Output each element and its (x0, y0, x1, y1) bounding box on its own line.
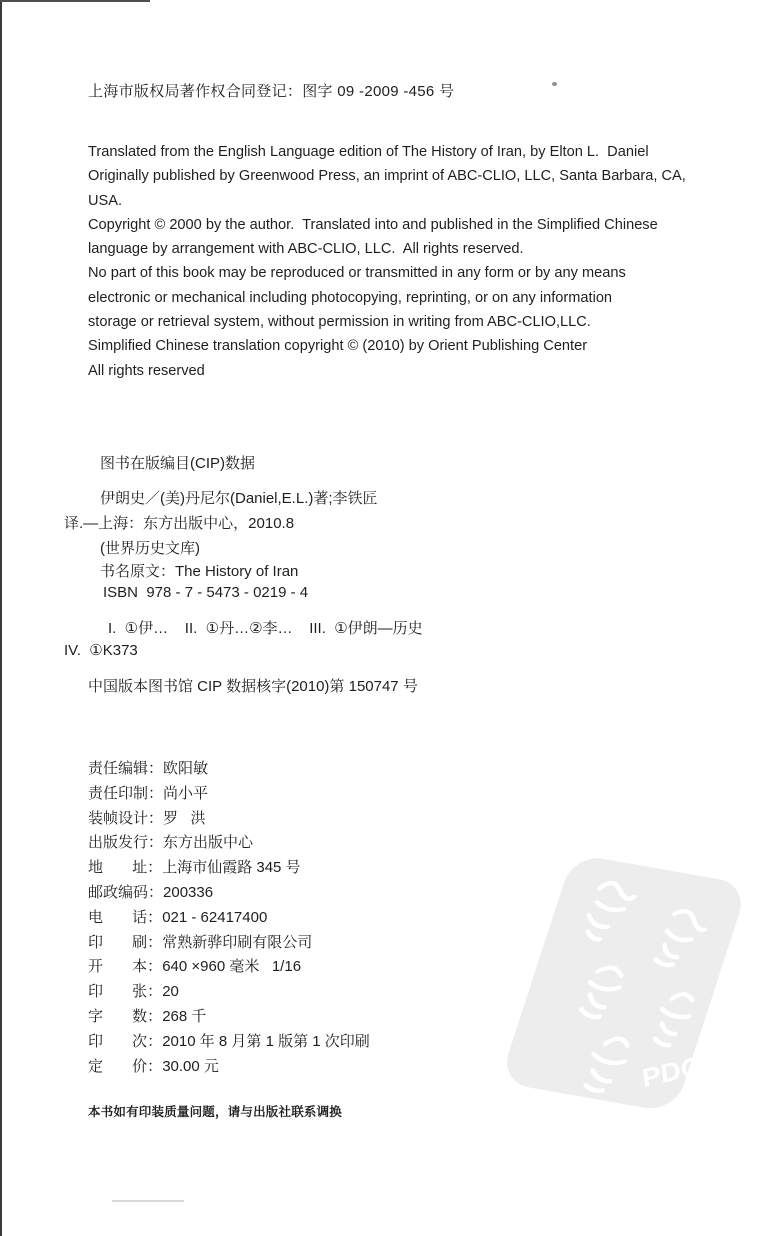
colophon-value: 罗 洪 (163, 810, 206, 827)
colophon-row: 邮政编码：200336 (88, 881, 370, 906)
colophon-label: 开 本： (88, 958, 162, 975)
cip-record-line: 中国版本图书馆 CIP 数据核字(2010)第 150747 号 (88, 675, 418, 696)
colophon-label: 电 话： (88, 909, 162, 926)
cip-classification-line-2: IV. ①K373 (64, 641, 138, 659)
scan-edge-left (0, 0, 2, 1236)
colophon-label: 邮政编码： (88, 884, 163, 901)
colophon-row: 开 本：640 ×960 毫米 1/16 (88, 955, 370, 980)
quality-note: 本书如有印装质量问题，请与出版社联系调换 (88, 1102, 342, 1120)
colophon-row: 印 次：2010 年 8 月第 1 版第 1 次印刷 (88, 1030, 370, 1055)
copyright-line: Copyright © 2000 by the author. Translat… (88, 213, 728, 237)
colophon-row: 出版发行：东方出版中心 (88, 831, 370, 856)
english-copyright-block: Translated from the English Language edi… (88, 140, 728, 383)
colophon-label: 字 数： (88, 1008, 162, 1025)
colophon-value: 欧阳敏 (163, 760, 208, 777)
colophon-row: 地 址：上海市仙霞路 345 号 (88, 856, 370, 881)
colophon-label: 责任编辑： (88, 760, 163, 777)
copyright-line: Originally published by Greenwood Press,… (88, 164, 728, 188)
copyright-line: No part of this book may be reproduced o… (88, 261, 728, 285)
pdg-watermark: PDG (498, 852, 770, 1124)
colophon-row: 印 刷：常熟新骅印刷有限公司 (88, 931, 370, 956)
colophon-block: 责任编辑：欧阳敏 责任印制：尚小平 装帧设计：罗 洪 出版发行：东方出版中心 地… (88, 757, 370, 1079)
colophon-row: 字 数：268 千 (88, 1005, 370, 1030)
colophon-value: 常熟新骅印刷有限公司 (162, 934, 312, 951)
colophon-row: 定 价：30.00 元 (88, 1055, 370, 1080)
cip-heading: 图书在版编目(CIP)数据 (100, 452, 255, 473)
cip-title-author-line: 伊朗史／(美)丹尼尔(Daniel,E.L.)著;李铁匠 (100, 487, 378, 508)
copyright-line: electronic or mechanical including photo… (88, 286, 728, 310)
colophon-value: 尚小平 (163, 785, 208, 802)
colophon-value: 640 ×960 毫米 1/16 (162, 958, 301, 975)
colophon-label: 印 刷： (88, 934, 162, 951)
colophon-value: 30.00 元 (162, 1058, 219, 1075)
colophon-label: 出版发行： (88, 834, 163, 851)
copyright-line: language by arrangement with ABC-CLIO, L… (88, 237, 728, 261)
colophon-label: 印 次： (88, 1033, 162, 1050)
cip-isbn-line: ISBN 978 - 7 - 5473 - 0219 - 4 (103, 584, 308, 601)
watermark-seal: PDG (498, 852, 770, 1124)
colophon-value: 东方出版中心 (163, 834, 253, 851)
cip-classification-line: I. ①伊… II. ①丹…②李… III. ①伊朗—历史 (108, 617, 423, 638)
scan-edge-top (0, 0, 150, 2)
colophon-label: 地 址： (88, 859, 162, 876)
colophon-row: 装帧设计：罗 洪 (88, 807, 370, 832)
scan-speck (552, 82, 557, 86)
copyright-line: Simplified Chinese translation copyright… (88, 334, 728, 358)
colophon-row: 电 话：021 - 62417400 (88, 906, 370, 931)
colophon-row: 责任编辑：欧阳敏 (88, 757, 370, 782)
cip-publisher-line: 译.—上海：东方出版中心，2010.8 (64, 512, 294, 533)
colophon-row: 责任印制：尚小平 (88, 782, 370, 807)
seal-background (499, 854, 749, 1113)
scan-faint-line (112, 1200, 184, 1202)
colophon-value: 2010 年 8 月第 1 版第 1 次印刷 (162, 1033, 370, 1050)
colophon-value: 268 千 (162, 1008, 206, 1025)
copyright-line: USA. (88, 189, 728, 213)
scanned-copyright-page: PDG 上海市版权局著作权合同登记：图字 09 -2009 -456 号 Tra… (0, 0, 775, 1236)
colophon-value: 021 - 62417400 (162, 909, 267, 926)
colophon-label: 定 价： (88, 1058, 162, 1075)
cip-original-title-line: 书名原文：The History of Iran (100, 560, 298, 581)
copyright-line: storage or retrieval system, without per… (88, 310, 728, 334)
colophon-row: 印 张：20 (88, 980, 370, 1005)
copyright-line: Translated from the English Language edi… (88, 140, 728, 164)
colophon-value: 上海市仙霞路 345 号 (162, 859, 300, 876)
colophon-value: 20 (162, 983, 179, 1000)
cip-series-line: (世界历史文库) (100, 537, 200, 558)
colophon-label: 印 张： (88, 983, 162, 1000)
registration-line: 上海市版权局著作权合同登记：图字 09 -2009 -456 号 (88, 80, 454, 101)
colophon-label: 装帧设计： (88, 810, 163, 827)
copyright-line: All rights reserved (88, 359, 728, 383)
colophon-value: 200336 (163, 884, 213, 901)
colophon-label: 责任印制： (88, 785, 163, 802)
